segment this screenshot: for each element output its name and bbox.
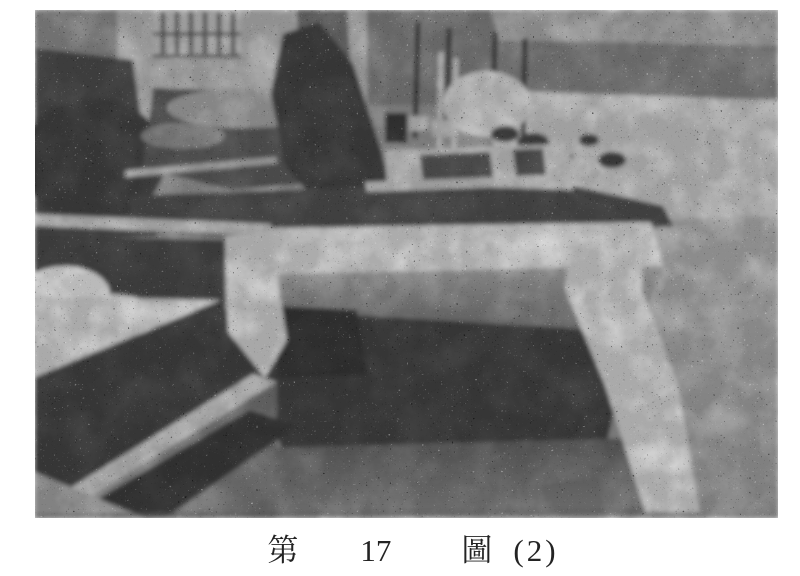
caption-subnumber: (2) [513, 534, 558, 568]
figure-caption: 第 17 圖 (2) [13, 534, 800, 568]
scanned-page: 第 17 圖 (2) [0, 0, 800, 576]
caption-number: 17 [360, 534, 391, 568]
caption-word-di: 第 [267, 534, 298, 568]
photo-canvas [35, 10, 778, 518]
caption-word-tu: 圖 [461, 534, 493, 568]
halftone-photograph [35, 10, 778, 518]
grain-overlay [35, 10, 778, 518]
